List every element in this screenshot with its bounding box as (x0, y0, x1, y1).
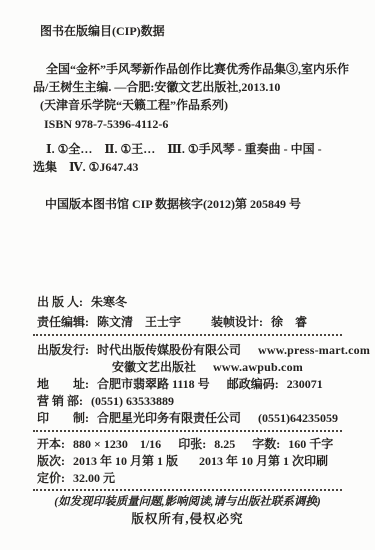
press-url: www.awpub.com (213, 359, 303, 376)
cip-header: 图书在版编目(CIP)数据 (40, 22, 342, 40)
press-row: 安徽文艺出版社 www.awpub.com (112, 359, 342, 376)
postcode-label: 邮政编码: (227, 376, 279, 393)
print-row: 印 制: 合肥星光印务有限责任公司 (0551)64235059 (37, 410, 342, 427)
design-label: 装帧设计: (211, 314, 263, 331)
isbn-line: ISBN 978-7-5396-4112-6 (44, 115, 342, 133)
cip-classification-line2: 选集 Ⅳ. ①J647.43 (33, 158, 342, 176)
address-label: 地 址: (37, 376, 89, 393)
dotted-divider-middle (33, 430, 342, 432)
price-label: 定价: (37, 470, 65, 487)
format-value: 880 × 1230 1/16 (73, 436, 161, 453)
editors-row: 责任编辑: 陈文清 王士宇 装帧设计: 徐 睿 (37, 314, 342, 331)
issue-label: 出版发行: (37, 342, 89, 359)
cip-entry-title-line1: 全国“金杯”手风琴新作品创作比赛优秀作品集③,室内乐作 (46, 60, 342, 78)
press-name: 安徽文艺出版社 (112, 359, 196, 376)
price-row: 定价: 32.00 元 (37, 470, 342, 487)
editor-names: 陈文清 王士宇 (97, 314, 181, 331)
format-label: 开本: (37, 436, 65, 453)
price-value: 32.00 元 (73, 470, 115, 487)
book-copyright-page: 图书在版编目(CIP)数据 全国“金杯”手风琴新作品创作比赛优秀作品集③,室内乐… (0, 0, 375, 550)
address-row: 地 址: 合肥市翡翠路 1118 号 邮政编码: 230071 (37, 376, 342, 393)
print-company: 合肥星光印务有限责任公司 (97, 410, 241, 427)
address-value: 合肥市翡翠路 1118 号 (97, 376, 210, 393)
publisher-row: 出 版 人: 朱寒冬 (37, 294, 342, 311)
marketing-phone: (0551) 63533889 (91, 393, 174, 410)
edition-label: 版次: (37, 453, 65, 470)
marketing-row: 营 销 部: (0551) 63533889 (37, 393, 342, 410)
publisher-label: 出 版 人: (37, 294, 83, 311)
dotted-divider-bottom (33, 489, 342, 491)
edition-row: 版次: 2013 年 10 月第 1 版 2013 年 10 月第 1 次印刷 (37, 453, 342, 470)
cip-classification-line1: Ⅰ. ①全… Ⅱ. ①王… Ⅲ. ①手风琴 - 重奏曲 - 中国 - (46, 140, 342, 158)
marketing-label: 营 销 部: (37, 393, 83, 410)
print-phone: (0551)64235059 (258, 410, 338, 427)
issue-row: 出版发行: 时代出版传媒股份有限公司 www.press-mart.com (37, 342, 342, 359)
design-name: 徐 睿 (271, 314, 307, 331)
cip-record-number: 中国版本图书馆 CIP 数据核字(2012)第 205849 号 (45, 195, 342, 213)
print-label: 印 制: (37, 410, 89, 427)
issue-company: 时代出版传媒股份有限公司 (97, 342, 241, 359)
printing-value: 2013 年 10 月第 1 次印刷 (199, 453, 328, 470)
editor-label: 责任编辑: (37, 314, 89, 331)
dotted-divider-top (33, 334, 342, 336)
copyright-statement: 版权所有,侵权必究 (33, 511, 342, 528)
quality-notice: (如发现印装质量问题,影响阅读,请与出版社联系调换) (33, 494, 342, 511)
edition-value: 2013 年 10 月第 1 版 (73, 453, 178, 470)
format-row: 开本: 880 × 1230 1/16 印张: 8.25 字数: 160 千字 (37, 436, 342, 453)
postcode-value: 230071 (287, 376, 323, 393)
publisher-name: 朱寒冬 (91, 294, 127, 311)
wordcount-label: 字数: (252, 436, 280, 453)
sheet-label: 印张: (178, 436, 206, 453)
wordcount-value: 160 千字 (288, 436, 333, 453)
cip-series-note: (天津音乐学院“天籁工程”作品系列) (40, 96, 342, 114)
issue-url: www.press-mart.com (258, 342, 370, 359)
design-group: 装帧设计: 徐 睿 (211, 314, 307, 331)
sheet-value: 8.25 (214, 436, 235, 453)
cip-entry-title-line2: 品/王树生主编. —合肥:安徽文艺出版社,2013.10 (33, 78, 342, 96)
